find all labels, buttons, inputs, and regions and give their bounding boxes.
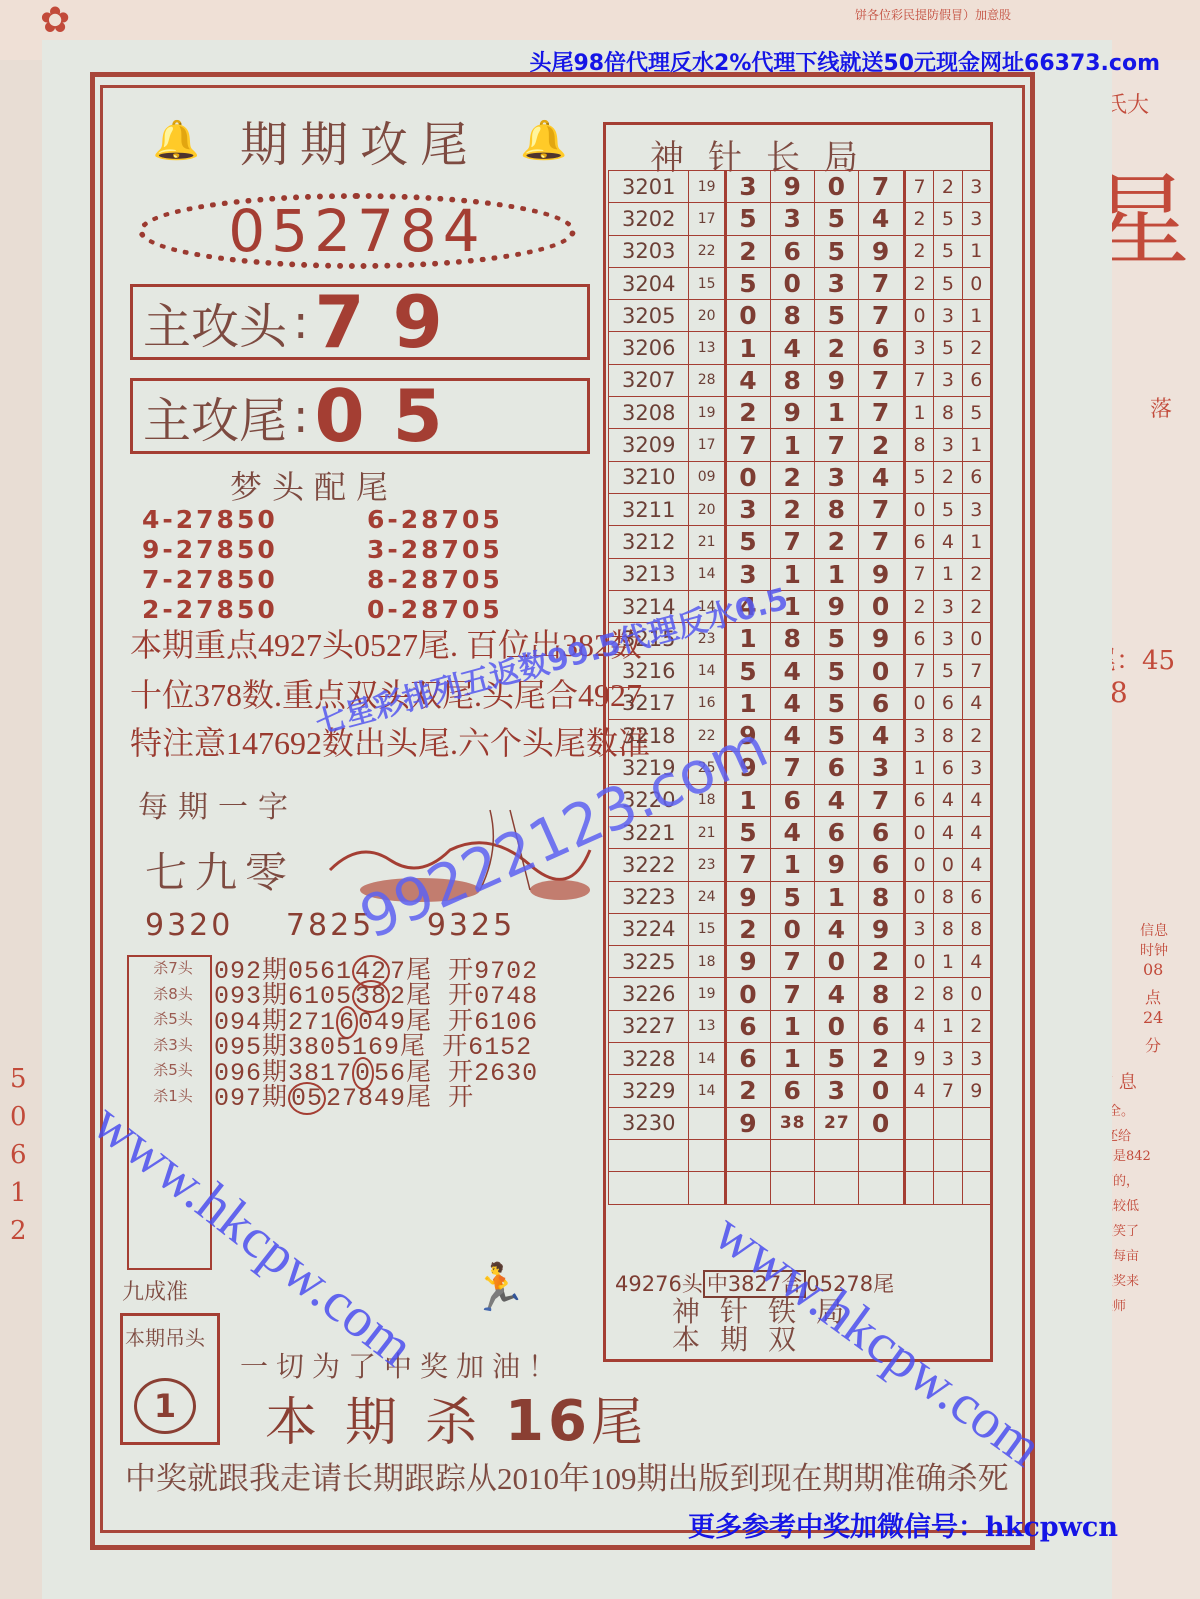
kill-label: 杀5头 — [132, 1059, 214, 1080]
colon: : — [293, 295, 309, 349]
digit-cell: 2 — [725, 1075, 770, 1107]
digit-cell: 5 — [771, 881, 815, 913]
featured-number: 052784 — [228, 197, 485, 265]
digit-cell: 0 — [859, 590, 904, 622]
digit-cell: 9 — [771, 171, 815, 203]
digit-cell — [859, 1172, 904, 1204]
small-digit-cell: 8 — [934, 397, 962, 429]
digit-cell: 7 — [771, 526, 815, 558]
sum-cell: 17 — [689, 429, 725, 461]
digit-cell: 1 — [815, 397, 859, 429]
hang-head-value: 1 — [134, 1378, 196, 1434]
digit-cell: 6 — [771, 1075, 815, 1107]
table-row: 3217161456064 — [609, 687, 991, 719]
small-digit-cell: 2 — [934, 171, 962, 203]
digit-cell: 3 — [725, 493, 770, 525]
period-cell: 3205 — [609, 300, 689, 332]
digit-cell: 0 — [771, 913, 815, 945]
digit-cell: 7 — [771, 752, 815, 784]
sum-cell: 18 — [689, 946, 725, 978]
bell-icon: 🔔 — [153, 118, 200, 163]
small-digit-cell: 2 — [904, 978, 933, 1010]
digit-cell: 0 — [725, 300, 770, 332]
dream-pair: 8-28705 — [367, 565, 592, 594]
digit-cell: 9 — [859, 623, 904, 655]
small-digit-cell: 3 — [934, 300, 962, 332]
digit-cell: 6 — [815, 752, 859, 784]
small-digit-cell: 7 — [904, 364, 933, 396]
digit-cell — [859, 1139, 904, 1171]
small-digit-cell: 1 — [904, 752, 933, 784]
small-digit-cell: 0 — [904, 300, 933, 332]
small-digit-cell: 4 — [962, 687, 990, 719]
digit-cell: 2 — [859, 946, 904, 978]
small-digit-cell: 2 — [962, 720, 990, 752]
digit-cell: 4 — [725, 364, 770, 396]
table-row: 3213143119712 — [609, 558, 991, 590]
open-label: 开 — [448, 1084, 474, 1113]
sum-cell: 23 — [689, 849, 725, 881]
dream-pair: 6-28705 — [367, 505, 592, 534]
digit-cell: 5 — [725, 655, 770, 687]
small-digit-cell: 5 — [934, 655, 962, 687]
small-digit-cell: 6 — [934, 687, 962, 719]
bg-number: 2 — [10, 1212, 34, 1250]
small-digit-cell: 6 — [934, 752, 962, 784]
sum-cell: 22 — [689, 235, 725, 267]
bg-number: 6 — [10, 1136, 34, 1174]
digit-cell: 8 — [771, 623, 815, 655]
sum-cell: 14 — [689, 655, 725, 687]
background-logo: ✿ — [40, 0, 70, 41]
digit-cell: 9 — [815, 364, 859, 396]
dream-pair: 3-28705 — [367, 535, 592, 564]
tail-label: 尾 — [406, 1084, 432, 1113]
sum-cell: 17 — [689, 203, 725, 235]
period-cell: 3204 — [609, 267, 689, 299]
kill-tail-prefix: 本期杀 — [265, 1393, 505, 1453]
small-digit-cell: 7 — [904, 558, 933, 590]
period-cell: 3217 — [609, 687, 689, 719]
watermark-bottom-banner: 更多参考中奖加微信号：hkcpwcn — [688, 1505, 1118, 1544]
digit-cell: 4 — [771, 687, 815, 719]
period-cell: 3229 — [609, 1075, 689, 1107]
digit-cell: 1 — [771, 1043, 815, 1075]
digit-cell — [815, 1139, 859, 1171]
table-row: 3216145450757 — [609, 655, 991, 687]
digit-cell: 6 — [771, 784, 815, 816]
sum-cell: 14 — [689, 1075, 725, 1107]
digit-cell: 7 — [859, 397, 904, 429]
digit-cell: 9 — [771, 397, 815, 429]
digit-cell: 7 — [771, 946, 815, 978]
kill-label: 杀1头 — [132, 1085, 214, 1106]
digit-cell: 7 — [859, 171, 904, 203]
digit-cell: 9 — [725, 881, 770, 913]
small-digit-cell: 7 — [934, 1075, 962, 1107]
digit-cell: 3 — [771, 203, 815, 235]
digit-cell: 27 — [815, 1107, 859, 1139]
digit-cell: 5 — [815, 687, 859, 719]
digit-cell: 2 — [815, 526, 859, 558]
digit-cell: 0 — [725, 461, 770, 493]
digit-cell: 8 — [859, 881, 904, 913]
period-cell: 3225 — [609, 946, 689, 978]
background-newspaper-left — [0, 60, 45, 1599]
main-tail-box: 主攻尾 : 05 — [130, 378, 590, 454]
digit-cell: 1 — [815, 558, 859, 590]
small-digit-cell: 3 — [962, 203, 990, 235]
period-cell: 3213 — [609, 558, 689, 590]
digit-cell — [771, 1139, 815, 1171]
sum-cell: 20 — [689, 493, 725, 525]
small-digit-cell: 2 — [962, 1010, 990, 1042]
period-cell: 3207 — [609, 364, 689, 396]
small-digit-cell: 6 — [962, 461, 990, 493]
small-digit-cell: 0 — [934, 849, 962, 881]
small-digit-cell: 4 — [962, 784, 990, 816]
sum-cell: 28 — [689, 364, 725, 396]
digit-cell: 4 — [815, 913, 859, 945]
digit-cell: 38 — [771, 1107, 815, 1139]
digit-cell: 8 — [815, 493, 859, 525]
digit-cell: 3 — [725, 171, 770, 203]
digit-cell — [771, 1172, 815, 1204]
sum-cell: 16 — [689, 687, 725, 719]
period-cell: 3206 — [609, 332, 689, 364]
small-digit-cell: 4 — [934, 816, 962, 848]
digit-cell: 0 — [771, 267, 815, 299]
table-row — [609, 1172, 991, 1204]
digit-cell: 2 — [771, 461, 815, 493]
small-digit-cell: 1 — [934, 1010, 962, 1042]
small-digit-cell: 1 — [962, 526, 990, 558]
digit-cell: 1 — [815, 881, 859, 913]
background-snippet: 信息 — [1140, 920, 1168, 940]
featured-number-oval: 052784 — [138, 193, 576, 269]
table-row: 3227136106412 — [609, 1010, 991, 1042]
table-row: 3202175354253 — [609, 203, 991, 235]
digit-cell: 0 — [815, 946, 859, 978]
period-cell — [609, 1139, 689, 1171]
table-row: 3211203287053 — [609, 493, 991, 525]
table-row: 3218229454382 — [609, 720, 991, 752]
digit-cell: 5 — [815, 623, 859, 655]
small-digit-cell: 7 — [904, 655, 933, 687]
table-row: 3209177172831 — [609, 429, 991, 461]
digit-cell: 6 — [859, 816, 904, 848]
main-head-value: 79 — [315, 280, 471, 364]
period-cell: 3226 — [609, 978, 689, 1010]
small-digit-cell: 0 — [904, 687, 933, 719]
small-digit-cell: 3 — [962, 171, 990, 203]
sum-cell: 19 — [689, 978, 725, 1010]
digit-cell: 6 — [771, 235, 815, 267]
digit-cell: 9 — [859, 913, 904, 945]
dream-pair: 7-27850 — [142, 565, 367, 594]
bell-icon: 🔔 — [520, 118, 567, 163]
small-digit-cell — [962, 1172, 990, 1204]
small-digit-cell: 4 — [962, 946, 990, 978]
watermark-top-banner: 头尾98倍代理反水2%代理下线就送50元现金网址66373.com — [529, 46, 1160, 77]
small-digit-cell — [962, 1139, 990, 1171]
sum-cell — [689, 1107, 725, 1139]
sheet-title: 期期攻尾 — [240, 106, 480, 175]
table-row: 3223249518086 — [609, 881, 991, 913]
sum-cell: 13 — [689, 1010, 725, 1042]
small-digit-cell: 6 — [962, 364, 990, 396]
small-digit-cell: 9 — [904, 1043, 933, 1075]
digit-cell: 5 — [725, 267, 770, 299]
table-row: 3228146152933 — [609, 1043, 991, 1075]
period-cell: 3201 — [609, 171, 689, 203]
sum-cell: 21 — [689, 526, 725, 558]
small-digit-cell: 5 — [904, 461, 933, 493]
small-digit-cell: 8 — [934, 720, 962, 752]
digit-cell — [815, 1172, 859, 1204]
small-digit-cell: 8 — [934, 978, 962, 1010]
small-digit-cell: 8 — [934, 881, 962, 913]
table-row: 3208192917185 — [609, 397, 991, 429]
table-row: 3222237196004 — [609, 849, 991, 881]
digit-cell: 6 — [725, 1010, 770, 1042]
small-digit-cell: 9 — [962, 1075, 990, 1107]
small-digit-cell: 1 — [934, 946, 962, 978]
digit-cell: 0 — [859, 1075, 904, 1107]
digit-cell: 4 — [859, 720, 904, 752]
small-digit-cell: 6 — [962, 881, 990, 913]
kill-tail-banner: 本期杀16尾 — [265, 1380, 671, 1455]
kill-history: 杀7头 092期0561427尾 开9702 杀8头 093期6105382尾 … — [132, 955, 612, 1108]
table-row: 3210090234526 — [609, 461, 991, 493]
daily-word-label: 每期一字 — [138, 782, 298, 826]
circled-digits: 05 — [288, 1082, 326, 1115]
small-digit-cell: 2 — [904, 590, 933, 622]
main-head-label: 主攻头 — [143, 288, 287, 357]
digit-cell: 2 — [859, 1043, 904, 1075]
digit-cell: 4 — [859, 203, 904, 235]
bg-number: 5 — [10, 1060, 34, 1098]
small-digit-cell — [934, 1139, 962, 1171]
table-row — [609, 1139, 991, 1171]
table-row: 3212215727641 — [609, 526, 991, 558]
background-snippet: 24 — [1143, 1008, 1163, 1027]
period-cell: 3211 — [609, 493, 689, 525]
digit-cell: 0 — [725, 978, 770, 1010]
small-digit-cell: 3 — [904, 720, 933, 752]
digit-cell: 4 — [859, 461, 904, 493]
kill-label: 杀5头 — [132, 1008, 214, 1029]
daily-word-value: 七九零 — [145, 840, 295, 900]
small-digit-cell — [934, 1172, 962, 1204]
digit-cell: 4 — [815, 978, 859, 1010]
small-digit-cell — [904, 1139, 933, 1171]
main-head-box: 主攻头 : 79 — [130, 284, 590, 360]
table-row: 3229142630479 — [609, 1075, 991, 1107]
small-digit-cell: 4 — [904, 1010, 933, 1042]
small-digit-cell: 1 — [934, 558, 962, 590]
small-digit-cell: 2 — [904, 235, 933, 267]
period-cell: 3224 — [609, 913, 689, 945]
digit-cell: 9 — [859, 235, 904, 267]
result: 2630 — [474, 1059, 538, 1088]
digit-cell: 4 — [771, 816, 815, 848]
small-digit-cell: 3 — [962, 493, 990, 525]
small-digit-cell: 0 — [962, 978, 990, 1010]
digit-cell: 7 — [859, 300, 904, 332]
digit-cell: 7 — [859, 364, 904, 396]
small-digit-cell: 8 — [904, 429, 933, 461]
digit-cell: 8 — [771, 300, 815, 332]
digit-cell: 1 — [771, 429, 815, 461]
small-digit-cell: 6 — [904, 526, 933, 558]
digit-cell — [725, 1139, 770, 1171]
digit-cell: 5 — [725, 816, 770, 848]
hang-head-label: 本期吊头 — [125, 1322, 205, 1351]
small-digit-cell: 4 — [962, 816, 990, 848]
small-digit-cell: 4 — [904, 1075, 933, 1107]
main-tail-label: 主攻尾 — [143, 382, 287, 451]
background-snippet: 落 — [1150, 392, 1172, 423]
digit-cell: 5 — [815, 203, 859, 235]
period-cell: 3209 — [609, 429, 689, 461]
digit-cell: 7 — [815, 429, 859, 461]
digit-cell: 2 — [771, 493, 815, 525]
kill-label: 杀3头 — [132, 1034, 214, 1055]
digit-cell: 9 — [725, 946, 770, 978]
small-digit-cell: 2 — [962, 558, 990, 590]
sum-cell: 14 — [689, 1043, 725, 1075]
period-cell: 3230 — [609, 1107, 689, 1139]
accuracy-label: 九成准 — [122, 1275, 188, 1306]
digit-cell: 5 — [815, 1043, 859, 1075]
small-digit-cell: 0 — [904, 849, 933, 881]
digit-cell: 7 — [771, 978, 815, 1010]
digit-cell: 5 — [815, 655, 859, 687]
digit-cell: 3 — [815, 1075, 859, 1107]
small-digit-cell: 3 — [962, 1043, 990, 1075]
table-row: 3204155037250 — [609, 267, 991, 299]
digit-cell: 6 — [859, 1010, 904, 1042]
small-digit-cell: 1 — [962, 235, 990, 267]
digit-cell: 6 — [815, 816, 859, 848]
small-digit-cell: 2 — [904, 267, 933, 299]
digit-cell: 3 — [859, 752, 904, 784]
period-cell: 3223 — [609, 881, 689, 913]
sum-cell — [689, 1139, 725, 1171]
small-digit-cell — [934, 1107, 962, 1139]
post-digits: 27849 — [326, 1084, 406, 1113]
small-digit-cell: 5 — [934, 203, 962, 235]
digit-cell: 0 — [815, 171, 859, 203]
sum-cell: 15 — [689, 913, 725, 945]
period-cell: 3222 — [609, 849, 689, 881]
small-digit-cell: 2 — [904, 203, 933, 235]
table-row: 3205200857031 — [609, 300, 991, 332]
bg-number: 0 — [10, 1098, 34, 1136]
main-tail-value: 05 — [315, 374, 471, 458]
background-top-right-text: 饼各位彩民提防假冒）加意股 — [855, 6, 1011, 23]
small-digit-cell: 5 — [934, 267, 962, 299]
digit-cell: 3 — [815, 267, 859, 299]
digit-cell: 1 — [771, 849, 815, 881]
small-digit-cell: 2 — [962, 590, 990, 622]
small-digit-cell: 1 — [904, 397, 933, 429]
small-digit-cell: 0 — [962, 623, 990, 655]
digit-cell: 4 — [771, 655, 815, 687]
footer-text: 中奖就跟我走请长期跟踪从2010年109期出版到现在期期准确杀死两个尾 — [125, 1453, 1010, 1498]
small-digit-cell — [962, 1107, 990, 1139]
digit-cell: 2 — [859, 429, 904, 461]
dream-pair: 9-27850 — [142, 535, 367, 564]
digit-cell: 2 — [725, 397, 770, 429]
number-item: 9320 — [145, 908, 233, 943]
sum-cell: 20 — [689, 300, 725, 332]
small-digit-cell: 0 — [904, 816, 933, 848]
sum-cell — [689, 1172, 725, 1204]
table-row: 3206131426352 — [609, 332, 991, 364]
small-digit-cell: 3 — [962, 752, 990, 784]
background-snippet: 点 — [1145, 985, 1161, 1008]
bg-number: 1 — [10, 1174, 34, 1212]
digit-cell: 9 — [859, 558, 904, 590]
digit-cell: 0 — [859, 1107, 904, 1139]
kill-tail-value: 16 — [505, 1389, 591, 1454]
numbers-line: 9320 7825 9325 — [145, 908, 555, 943]
kill-text: 097期0527849尾 开 — [214, 1077, 474, 1113]
background-snippet: 时钟 — [1140, 940, 1168, 960]
digit-cell: 4 — [771, 720, 815, 752]
small-digit-cell: 0 — [962, 267, 990, 299]
small-digit-cell — [904, 1107, 933, 1139]
digit-cell: 7 — [859, 784, 904, 816]
dream-pair: 4-27850 — [142, 505, 367, 534]
table-row: 3201193907723 — [609, 171, 991, 203]
dream-title: 梦头配尾 — [230, 462, 398, 508]
small-digit-cell: 5 — [962, 397, 990, 429]
digit-cell: 0 — [815, 1010, 859, 1042]
digit-cell: 0 — [859, 655, 904, 687]
table-row: 3203222659251 — [609, 235, 991, 267]
digit-cell: 7 — [859, 493, 904, 525]
digit-cell: 2 — [725, 235, 770, 267]
small-digit-cell: 5 — [934, 493, 962, 525]
table-row: 3207284897736 — [609, 364, 991, 396]
sum-cell: 19 — [689, 171, 725, 203]
sum-cell: 19 — [689, 397, 725, 429]
digit-cell: 5 — [815, 300, 859, 332]
small-digit-cell: 4 — [962, 849, 990, 881]
small-digit-cell: 3 — [934, 1043, 962, 1075]
digit-cell: 1 — [725, 332, 770, 364]
small-digit-cell: 3 — [904, 332, 933, 364]
small-digit-cell: 0 — [904, 881, 933, 913]
period-cell: 3228 — [609, 1043, 689, 1075]
digit-cell: 7 — [859, 526, 904, 558]
background-snippet: 分 — [1145, 1033, 1161, 1056]
digit-cell: 5 — [815, 720, 859, 752]
small-digit-cell: 3 — [934, 623, 962, 655]
small-digit-cell: 8 — [934, 913, 962, 945]
results-table: 3201193907723320217535425332032226592513… — [608, 170, 991, 1205]
kill-history-row: 杀1头 097期0527849尾 开 — [132, 1083, 612, 1109]
digit-cell: 7 — [859, 267, 904, 299]
period-cell — [609, 1172, 689, 1204]
sum-cell: 21 — [689, 816, 725, 848]
sum-cell: 09 — [689, 461, 725, 493]
small-digit-cell: 4 — [934, 526, 962, 558]
period: 097期 — [214, 1084, 288, 1113]
